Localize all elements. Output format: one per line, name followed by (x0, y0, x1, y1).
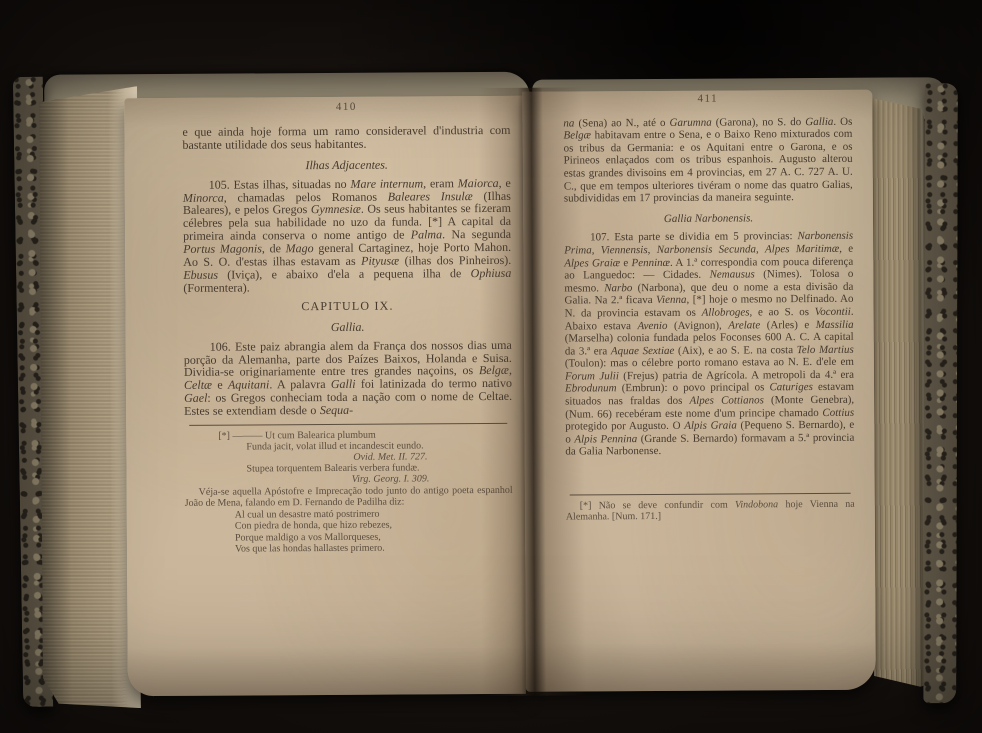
text-segment: Ebrodunum (565, 383, 617, 395)
text-segment: . Os (833, 115, 852, 127)
text-segment: , (648, 244, 657, 256)
text-segment: Allobroges (702, 306, 750, 318)
text-segment: Con piedra de honda, que hizo rebezes, (235, 520, 392, 532)
verse-line: Vos que las hondas hallastes primero. (235, 542, 513, 555)
body-paragraph: na (Sena) ao N., até o Garumna (Garona),… (563, 115, 853, 205)
text-segment: (Frejus) patria de Agrícola. A metropoli… (619, 369, 854, 382)
body-paragraph: 105. Estas ilhas, situadas no Mare inter… (183, 176, 512, 294)
text-segment: 107. Esta parte se dividia em 5 provinci… (590, 230, 797, 243)
book-page-left: 410e que ainda hoje forma um ramo consid… (124, 96, 526, 696)
text-segment: Caturiges (769, 381, 812, 393)
page-number: 410 (182, 100, 510, 115)
text-segment: protegido por Augusto. O (565, 420, 684, 433)
text-segment: Alpis Pennina (574, 433, 637, 445)
section-heading: Gallia. (184, 320, 512, 335)
text-segment: Viennensis (601, 244, 648, 256)
text-segment: Gallia (805, 115, 833, 127)
text-segment: (Arles) e (760, 319, 816, 331)
text-segment: [*] Não se deve confundir com (580, 500, 735, 512)
page-left-text: 410e que ainda hoje forma um ramo consid… (182, 98, 513, 556)
text-segment: Al cual un desastre mató postrimero (235, 509, 380, 521)
text-segment: Narbonensis Secunda (657, 243, 756, 256)
text-segment: Ilhas Adjacentes. (305, 157, 388, 172)
body-paragraph: e que ainda hoje forma um ramo considera… (182, 124, 510, 152)
text-segment: Virg. Georg. I. 309. (352, 473, 430, 484)
text-segment: , e (839, 243, 853, 255)
page-number: 411 (563, 92, 852, 106)
footnote-paragraph: Véja-se aquella Apóstofre e Imprecação t… (185, 485, 513, 509)
photo-background: 410e que ainda hoje forma um ramo consid… (0, 0, 982, 733)
text-segment: Gallia. (331, 319, 365, 333)
text-segment: 410 (336, 101, 357, 113)
text-segment: Telo Martius (797, 343, 854, 355)
section-heading: Gallia Narbonensis. (564, 212, 853, 226)
text-segment: 106. Este paiz abrangia alem da França d… (184, 337, 512, 379)
text-segment: Massilia (816, 318, 854, 330)
text-segment: Ophiusa (471, 266, 512, 280)
text-segment: Aquae Sextiae (611, 345, 675, 357)
text-segment: Nemausus (710, 269, 755, 281)
text-segment: (Avignon), (667, 319, 728, 331)
text-segment: (Toulon): mas o célebre porto romano est… (565, 356, 854, 370)
text-segment: , (592, 244, 601, 256)
text-segment: Narbo (604, 282, 632, 294)
text-segment: Sequa- (320, 403, 353, 417)
open-book: 410e que ainda hoje forma um ramo consid… (16, 55, 965, 713)
text-segment: Vindobona (735, 499, 778, 510)
text-segment: Vocontii (815, 306, 851, 318)
footnote-rule (570, 493, 850, 496)
text-segment: (Embrun): o povo principal os (617, 382, 770, 395)
text-segment: Ovid. Met. II. 727. (353, 451, 427, 462)
text-segment: Penninæ (631, 256, 670, 268)
text-segment: Véja-se aquella Apóstofre e Imprecação t… (185, 485, 513, 509)
page-right-text: 411na (Sena) ao N., até o Garumna (Garon… (563, 90, 855, 524)
text-segment: Arelate (728, 319, 760, 331)
text-segment: (Garona), no S. do (712, 116, 806, 129)
text-segment: habitavam entre o Sena, e o Baixo Reno m… (564, 128, 853, 205)
text-segment: CAPITULO IX. (301, 298, 393, 313)
body-paragraph: 107. Esta parte se dividia em 5 provinci… (564, 230, 854, 458)
text-segment: Gallia Narbonensis. (664, 212, 753, 225)
text-segment: e (620, 257, 631, 269)
footnote-paragraph: [*] Não se deve confundir com Vindobona … (566, 499, 855, 523)
marbled-cover-right (923, 83, 958, 703)
body-paragraph: 106. Este paiz abrangia alem da França d… (184, 338, 512, 417)
chapter-heading: CAPITULO IX. (183, 299, 511, 314)
text-segment: Alpis Graia (684, 420, 737, 432)
text-segment: e que ainda hoje forma um ramo considera… (182, 123, 510, 152)
text-segment: na (563, 117, 574, 129)
text-segment: Vos que las hondas hallastes primero. (235, 543, 385, 555)
text-segment: Alpes Cottianos (689, 394, 763, 406)
text-segment: Cottius (822, 406, 854, 418)
book-page-right: 411na (Sena) ao N., até o Garumna (Garon… (522, 90, 876, 692)
footnote-rule (189, 423, 507, 426)
section-heading: Ilhas Adjacentes. (183, 158, 511, 173)
text-segment: (Aix), e ao S. E. na costa (674, 344, 796, 357)
text-segment: Porque maldigo a vos Mallorqueses, (235, 532, 381, 544)
text-segment: Garumna (669, 116, 711, 128)
text-segment: Belgæ (563, 130, 591, 142)
text-segment: Vienna (656, 294, 686, 306)
text-segment: , (756, 243, 765, 255)
text-segment: (Formentera). (183, 280, 249, 294)
text-segment: (Iviça), e abaixo d'ela a pequena ilha d… (218, 266, 471, 282)
text-segment: Avenio (637, 319, 667, 331)
text-segment: 411 (697, 93, 718, 105)
text-segment: , e ao S. os (749, 306, 814, 318)
text-segment: Forum Julii (565, 370, 619, 382)
text-segment: (Sena) ao N., até o (574, 116, 669, 129)
citation-line: Virg. Georg. I. 309. (185, 473, 513, 486)
text-segment: Alpes Maritimæ (765, 243, 839, 255)
text-segment: Alpes Graiæ (564, 257, 620, 269)
